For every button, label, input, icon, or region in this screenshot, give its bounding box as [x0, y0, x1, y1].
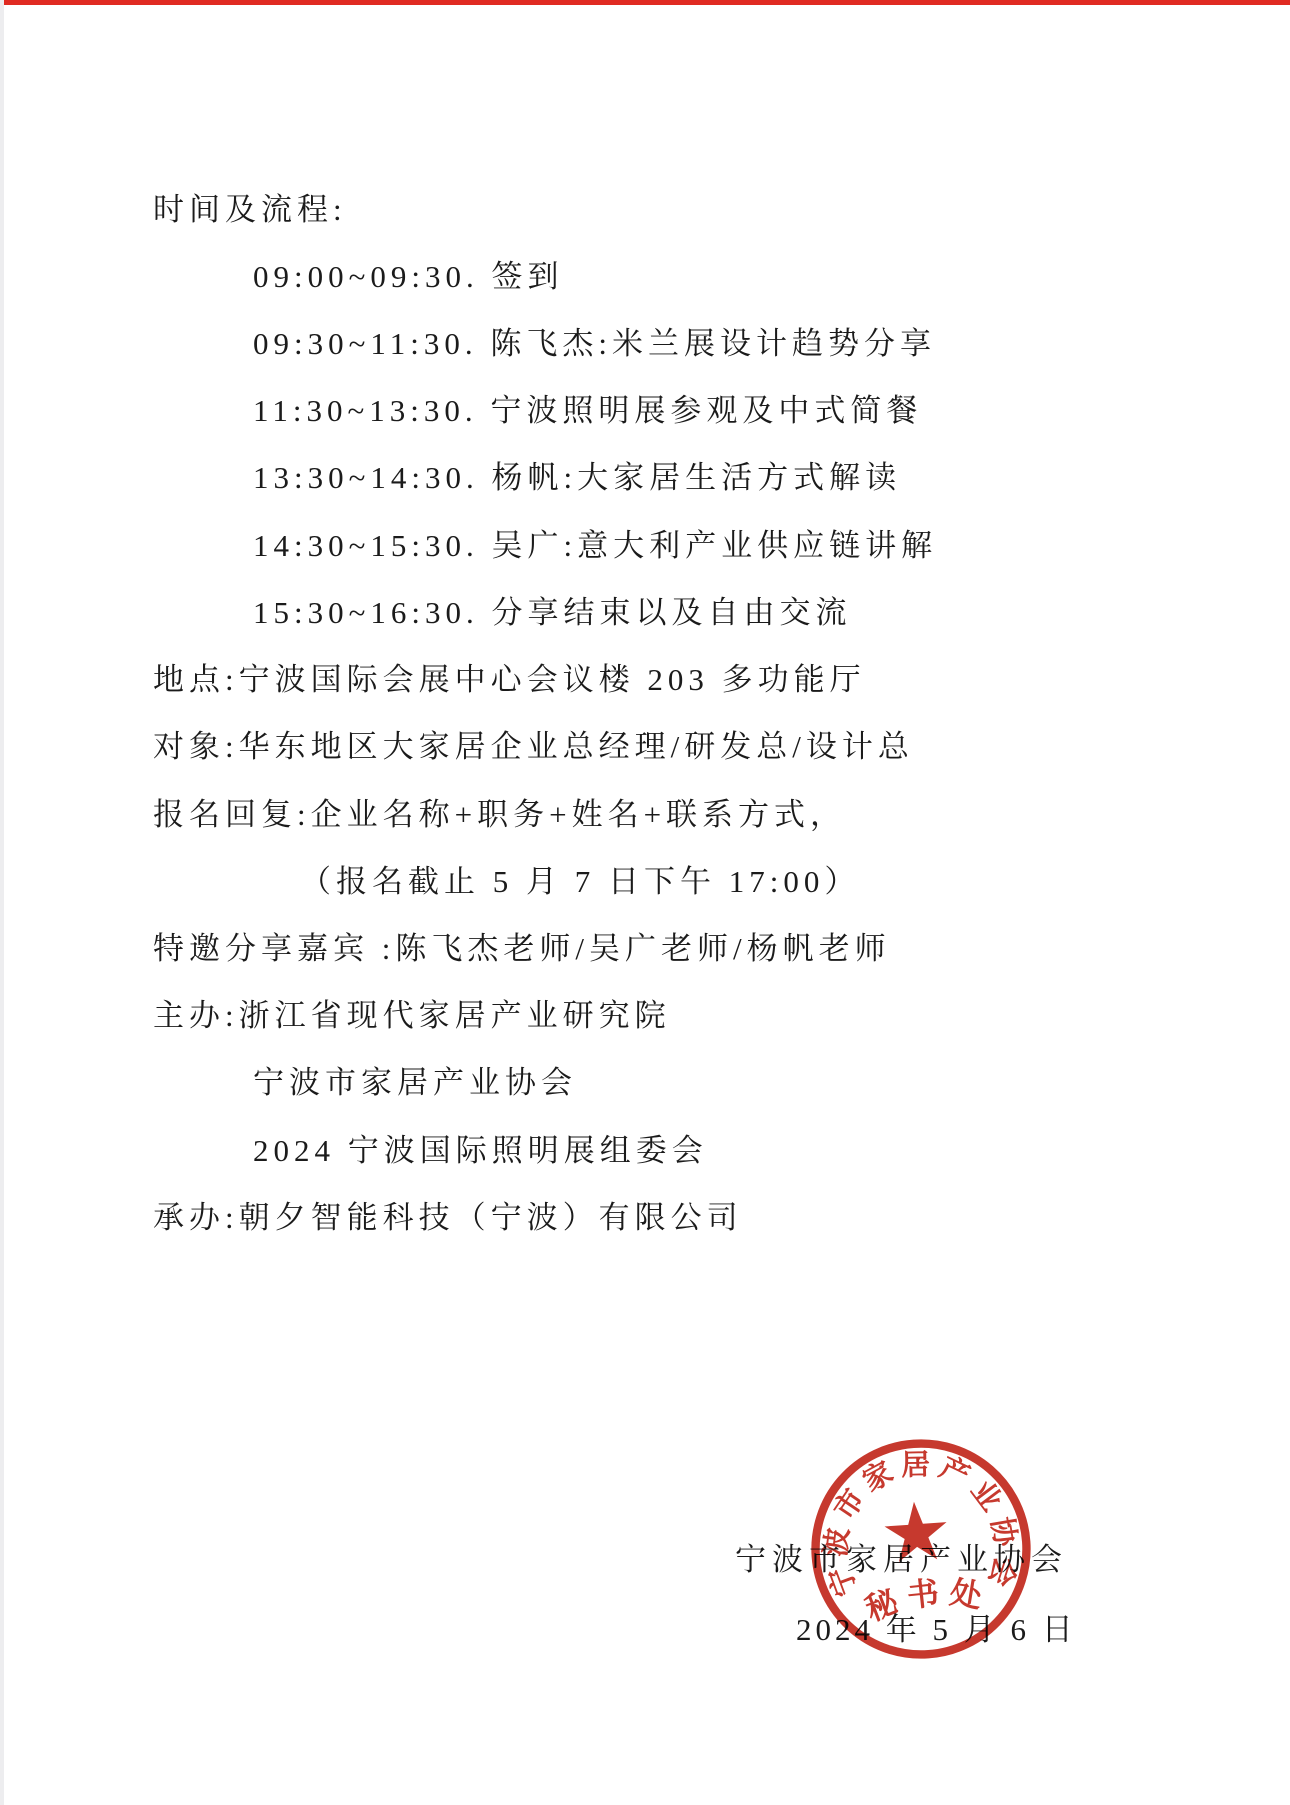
host-line-3: 2024 宁波国际照明展组委会: [253, 1133, 708, 1169]
official-seal: 宁波市家居产业协会 秘书处: [801, 1429, 1040, 1668]
scan-left-edge: [0, 0, 4, 1805]
star-icon: [883, 1500, 949, 1563]
schedule-item-supply-chain: 14:30~15:30. 吴广:意大利产业供应链讲解: [253, 528, 937, 564]
schedule-item-milan-trends: 09:30~11:30. 陈飞杰:米兰展设计趋势分享: [253, 326, 936, 362]
schedule-heading: 时间及流程:: [153, 192, 347, 228]
audience-line: 对象:华东地区大家居企业总经理/研发总/设计总: [153, 729, 914, 765]
schedule-item-expo-visit: 11:30~13:30. 宁波照明展参观及中式简餐: [253, 393, 922, 429]
seal-bottom-text: 秘书处: [860, 1571, 996, 1628]
guest-speakers-line: 特邀分享嘉宾 :陈飞杰老师/吴广老师/杨帆老师: [153, 931, 891, 967]
organizer-line: 承办:朝夕智能科技（宁波）有限公司: [153, 1200, 743, 1236]
document-page: 时间及流程: 09:00~09:30. 签到 09:30~11:30. 陈飞杰:…: [0, 0, 1290, 1805]
schedule-item-lifestyle: 13:30~14:30. 杨帆:大家居生活方式解读: [253, 460, 901, 496]
host-line-2: 宁波市家居产业协会: [253, 1065, 577, 1101]
host-line: 主办:浙江省现代家居产业研究院: [153, 998, 671, 1034]
schedule-item-signin: 09:00~09:30. 签到: [253, 259, 564, 295]
schedule-item-free-talk: 15:30~16:30. 分享结束以及自由交流: [253, 595, 852, 631]
registration-line: 报名回复:企业名称+职务+姓名+联系方式，: [153, 797, 846, 833]
registration-deadline-line: （报名截止 5 月 7 日下午 17:00）: [300, 864, 860, 900]
top-red-line: [0, 0, 1290, 5]
venue-line: 地点:宁波国际会展中心会议楼 203 多功能厅: [153, 662, 866, 698]
